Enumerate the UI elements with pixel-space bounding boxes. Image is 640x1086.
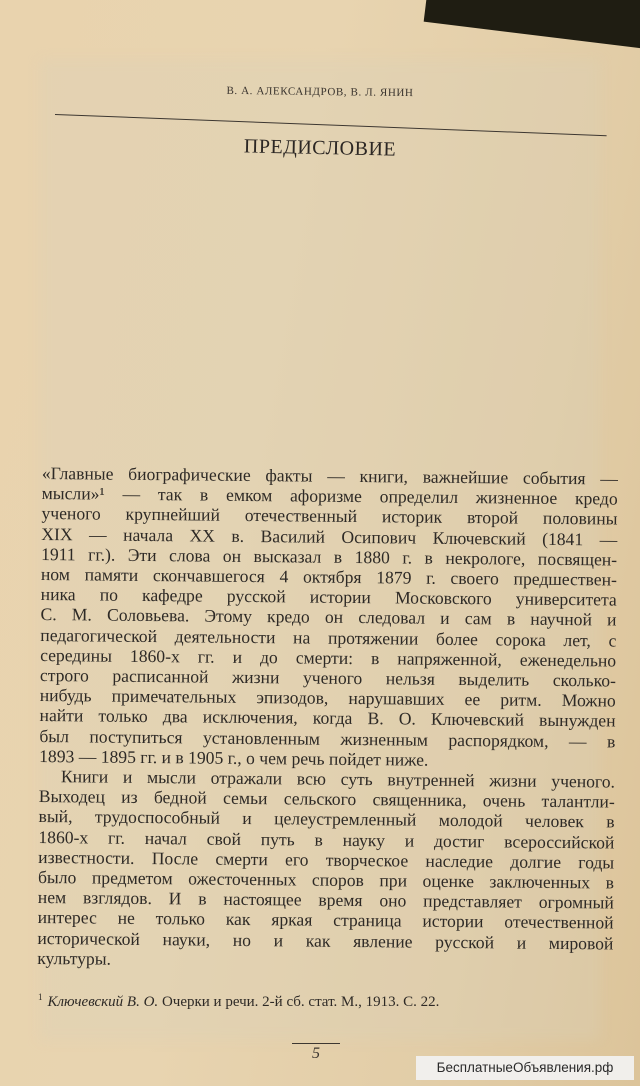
page-number: 5 <box>292 1045 340 1063</box>
paragraph: «Главные биографические факты — книги, в… <box>39 463 618 772</box>
paragraph: Книги и мысли отражали всю суть внутренн… <box>37 766 615 974</box>
watermark: БесплатныеОбъявления.рф <box>416 1056 634 1080</box>
footnote-number: 1 <box>38 992 43 1002</box>
page-number-rule <box>292 1043 340 1044</box>
page-shadow-corner <box>424 0 640 50</box>
footnote-text: Очерки и речи. 2-й сб. стат. М., 1913. С… <box>162 994 439 1010</box>
body-text: «Главные биографические факты — книги, в… <box>37 463 618 974</box>
footnote: 1Ключевский В. О. Очерки и речи. 2-й сб.… <box>38 992 439 1011</box>
footnote-author: Ключевский В. О. <box>48 994 159 1010</box>
